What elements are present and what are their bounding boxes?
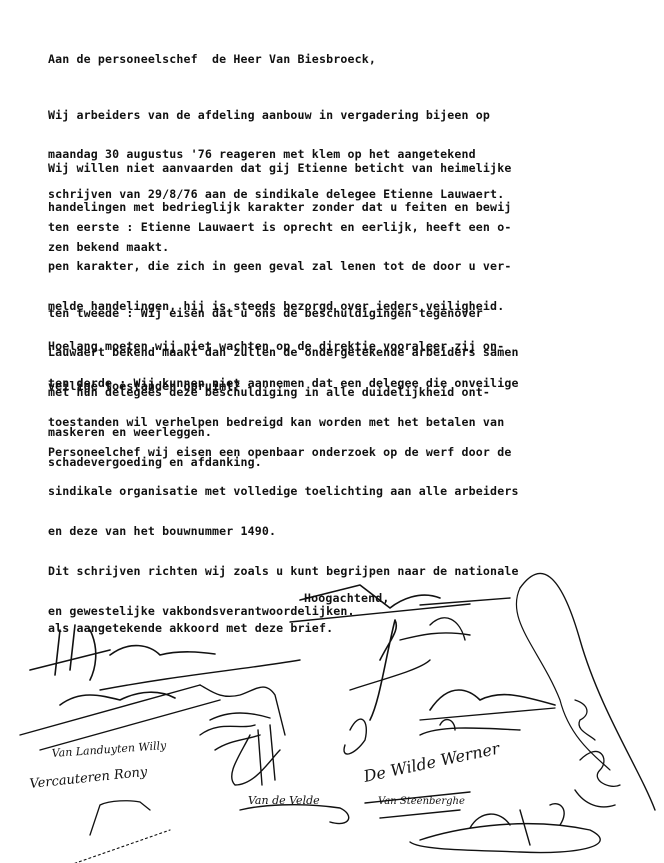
- salutation-line: Aan de personeelschef de Heer Van Biesbr…: [48, 53, 376, 66]
- signature-van-steenberghe-2: Van Steenberghe: [378, 796, 465, 807]
- signature-vercauteren: Vercauteren Rony: [29, 765, 149, 792]
- text-line: pen karakter, die zich in geen geval zal…: [48, 260, 511, 273]
- signature-stroke: [60, 692, 175, 705]
- signature-stroke: [350, 660, 430, 690]
- signature-stroke: [370, 620, 396, 720]
- signature-loop: [516, 588, 610, 770]
- text-line: ten derde : Wij kunnen niet aannemen dat…: [48, 377, 519, 390]
- signature-stroke: [20, 685, 220, 750]
- signature-stroke: [300, 585, 440, 608]
- signature-van-de-velde: Van de Velde: [248, 794, 320, 807]
- signature-stroke: [30, 625, 110, 680]
- signature-loop: [520, 573, 655, 810]
- signature-stroke: [430, 690, 555, 710]
- signature-stroke: [580, 751, 620, 786]
- text-line: en deze van het bouwnummer 1490.: [48, 525, 519, 538]
- text-line: Wij arbeiders van de afdeling aanbouw in…: [48, 109, 504, 122]
- signature-stroke: [110, 646, 215, 655]
- text-line: Wij willen niet aanvaarden dat gij Etien…: [48, 162, 511, 175]
- signature-stroke: [400, 618, 470, 640]
- text-line: Personeelchef wij eisen een openbaar ond…: [48, 446, 519, 459]
- signature-stroke: [210, 713, 270, 720]
- signature-stroke: [232, 725, 280, 785]
- signature-stroke: [240, 805, 349, 824]
- text-line: ten tweede : Wij eisen dat u ons de besc…: [48, 307, 519, 320]
- signature-stroke: [70, 830, 170, 863]
- signature-stroke: [200, 725, 260, 750]
- signature-stroke: [420, 720, 520, 735]
- signatures-area: Van Landuyten Willy Vercauteren Rony De …: [0, 560, 664, 863]
- signature-stroke: [410, 824, 600, 853]
- text-line: sindikale organisatie met volledige toel…: [48, 485, 519, 498]
- signature-stroke: [90, 801, 150, 835]
- signature-stroke: [290, 604, 470, 622]
- scanned-letter-page: Aan de personeelschef de Heer Van Biesbr…: [0, 0, 664, 863]
- signature-de-wilde: De Wilde Werner: [361, 738, 502, 786]
- text-line: ten eerste : Etienne Lauwaert is oprecht…: [48, 221, 511, 234]
- signature-stroke: [200, 685, 285, 735]
- signature-stroke: [575, 700, 595, 740]
- signature-stroke: [470, 790, 615, 845]
- signature-stroke: [344, 719, 366, 754]
- signature-stroke: [420, 708, 555, 720]
